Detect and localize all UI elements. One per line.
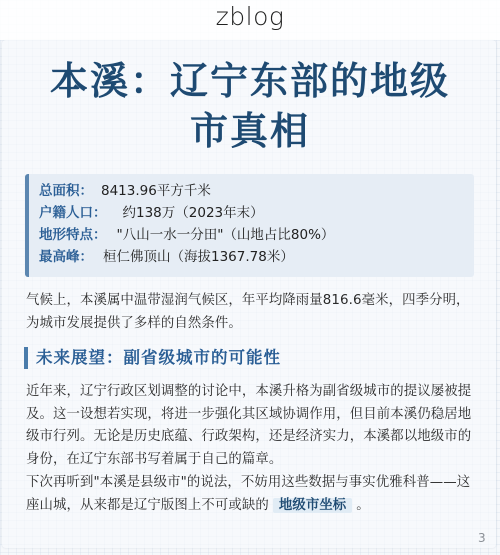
info-label: 最高峰： <box>39 246 93 268</box>
closing-text: 下次再听到"本溪是县级市"的说法，不妨用这些数据与事实优雅科普——这座山城，从来… <box>26 475 470 513</box>
info-label: 地形特点： <box>39 224 107 246</box>
info-box: 总面积： 8413.96平方千米 户籍人口： 约138万（2023年末） 地形特… <box>25 174 474 277</box>
future-paragraph: 近年来，辽宁行政区划调整的讨论中，本溪升格为副省级城市的提议屡被提及。这一设想若… <box>26 381 478 471</box>
page-number: 3 <box>478 531 486 545</box>
title-line-1: 本溪：辽宁东部的地级 <box>50 59 450 103</box>
info-row-highest-peak: 最高峰： 桓仁佛顶山（海拔1367.78米） <box>39 246 474 268</box>
info-row-terrain: 地形特点： "八山一水一分田"（山地占比80%） <box>39 224 474 246</box>
info-row-population: 户籍人口： 约138万（2023年末） <box>39 202 474 224</box>
climate-paragraph: 气候上，本溪属中温带湿润气候区，年平均降雨量816.6毫米，四季分明，为城市发展… <box>26 290 478 335</box>
info-value: 约138万（2023年末） <box>123 202 264 224</box>
info-value: 桓仁佛顶山（海拔1367.78米） <box>103 246 294 268</box>
watermark: zblog <box>0 0 500 40</box>
closing-paragraph: 下次再听到"本溪是县级市"的说法，不妨用这些数据与事实优雅科普——这座山城，从来… <box>26 472 478 517</box>
info-label: 总面积： <box>39 180 93 202</box>
info-value: "八山一水一分田"（山地占比80%） <box>117 224 335 246</box>
highlight-term: 地级市坐标 <box>273 498 352 513</box>
section-heading: 未来展望：副省级城市的可能性 <box>24 347 281 369</box>
info-value: 8413.96平方千米 <box>101 180 211 202</box>
info-row-area: 总面积： 8413.96平方千米 <box>39 180 474 202</box>
title-line-2: 市真相 <box>190 109 310 153</box>
closing-period: 。 <box>356 498 370 513</box>
page-title: 本溪：辽宁东部的地级 市真相 <box>30 56 470 156</box>
info-label: 户籍人口： <box>39 202 107 224</box>
